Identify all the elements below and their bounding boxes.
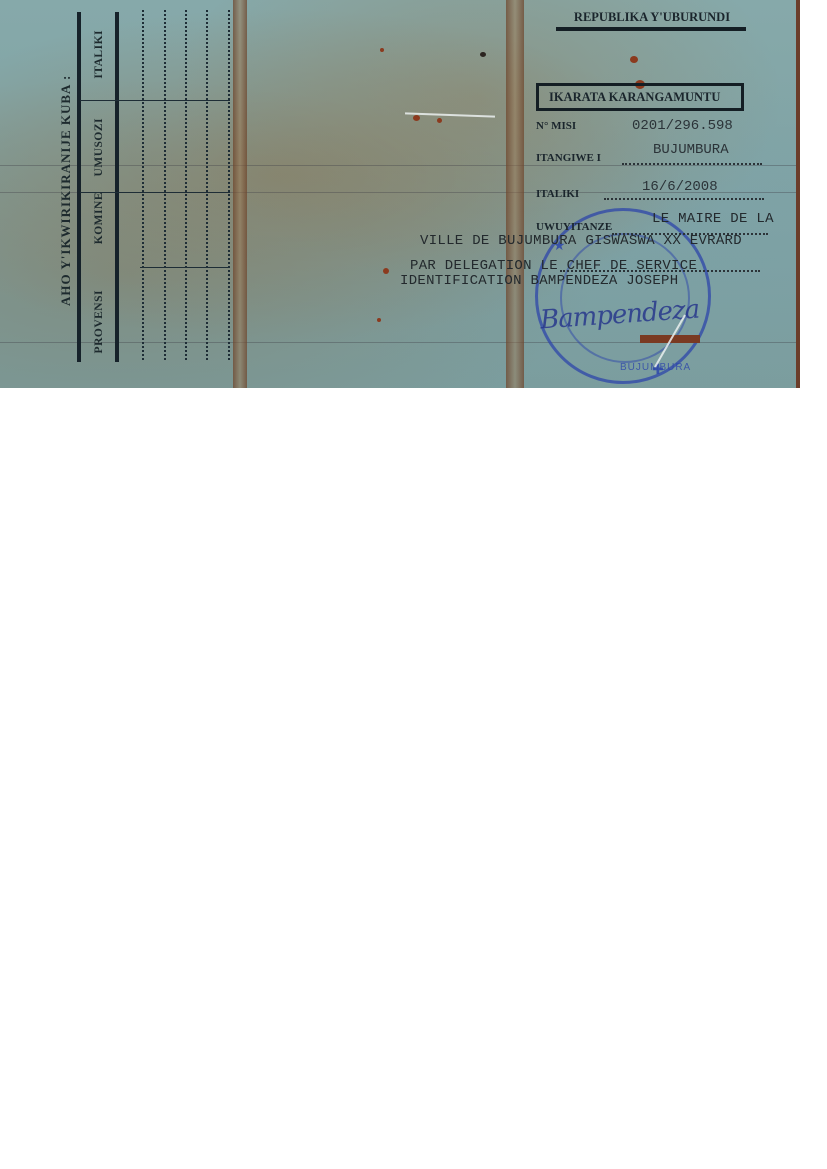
issuer-line-4: IDENTIFICATION BAMPENDEZA JOSEPH — [400, 273, 678, 289]
stain — [437, 118, 442, 123]
stain — [413, 115, 420, 121]
issued-at-label: ITANGIWE I — [536, 152, 601, 164]
column-komine: KOMINE — [93, 192, 105, 244]
entry-row-line — [142, 10, 144, 360]
date-value: 16/6/2008 — [642, 179, 718, 195]
issuer-label: UWUYITANZE — [536, 221, 612, 233]
table-border — [77, 12, 81, 362]
number-label: N° MISI — [536, 120, 576, 132]
stain — [377, 318, 381, 322]
issuer-line-2: VILLE DE BUJUMBURA GISWASWA XX EVRARD — [420, 233, 742, 249]
column-provensi: PROVENSI — [93, 290, 105, 353]
entry-row-line — [206, 10, 208, 360]
stain — [480, 52, 486, 57]
issued-at-value: BUJUMBURA — [653, 142, 729, 158]
republic-header: REPUBLIKA Y'UBURUNDI — [558, 10, 746, 25]
column-italiki: ITALIKI — [93, 30, 105, 79]
residence-title: AHO Y'IKWIRIKIRANIJE KUBA : — [58, 10, 78, 370]
header-underline — [556, 27, 746, 31]
stain — [380, 48, 384, 52]
date-label: ITALIKI — [536, 188, 579, 200]
table-border — [115, 12, 119, 362]
stain — [383, 268, 389, 274]
dotted-line — [604, 198, 764, 200]
dotted-line — [560, 270, 760, 272]
card-title-box: IKARATA KARANGAMUNTU — [536, 83, 744, 111]
entry-row-line — [164, 10, 166, 360]
blank-middle-panel — [240, 0, 520, 388]
dotted-line — [622, 163, 762, 165]
column-umusozi: UMUSOZI — [93, 118, 105, 176]
issuer-line-1: LE MAIRE DE LA — [652, 211, 774, 227]
stain — [630, 56, 638, 63]
residence-history-panel: AHO Y'IKWIRIKIRANIJE KUBA : PROVENSI KOM… — [0, 0, 240, 388]
identity-card: AHO Y'IKWIRIKIRANIJE KUBA : PROVENSI KOM… — [0, 0, 800, 388]
entry-row-line — [228, 10, 230, 360]
number-value: 0201/296.598 — [632, 118, 733, 134]
entry-row-line — [185, 10, 187, 360]
